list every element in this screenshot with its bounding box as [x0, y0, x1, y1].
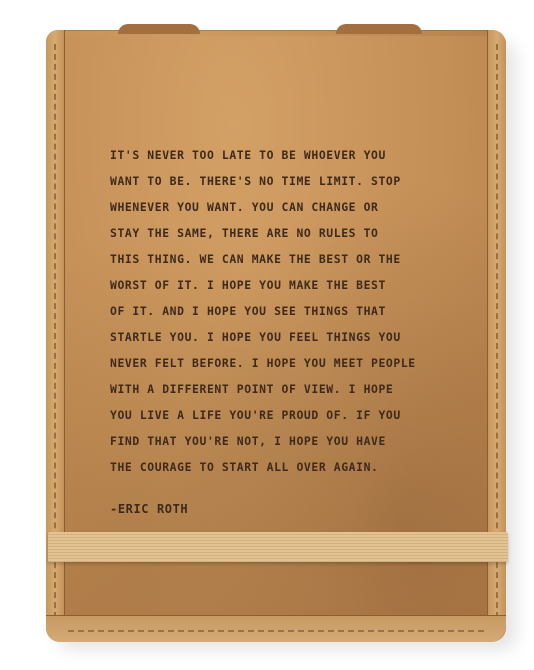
quote-line: you live a life you're proud of. If you: [110, 402, 450, 428]
quote-line: stay the same, there are no rules to: [110, 220, 450, 246]
elastic-closure-strap: [48, 532, 508, 562]
quote-line: worst of it. I hope you make the best: [110, 272, 450, 298]
quote-line: want to be. There's no time limit. Stop: [110, 168, 450, 194]
bottom-edge-band: [46, 615, 506, 642]
quote-line: whenever you want. You can change or: [110, 194, 450, 220]
quote-line: never felt before. I hope you meet peopl…: [110, 350, 450, 376]
bottom-stitching: [68, 630, 484, 632]
quote-line: with a different point of view. I hope: [110, 376, 450, 402]
binding-ribbon-right: [336, 24, 422, 34]
quote-line: startle you. I hope you feel things you: [110, 324, 450, 350]
quote-line: find that you're not, I hope you have: [110, 428, 450, 454]
quote-line: the courage to start all over again.: [110, 454, 450, 480]
quote-line: It's never too late to be whoever you: [110, 142, 450, 168]
embossed-quote: It's never too late to be whoever you wa…: [110, 142, 450, 480]
quote-author: -Eric Roth: [110, 502, 188, 516]
quote-line: this thing. We can make the best or the: [110, 246, 450, 272]
binding-ribbon-left: [118, 24, 200, 34]
quote-line: of it. And I hope you see things that: [110, 298, 450, 324]
